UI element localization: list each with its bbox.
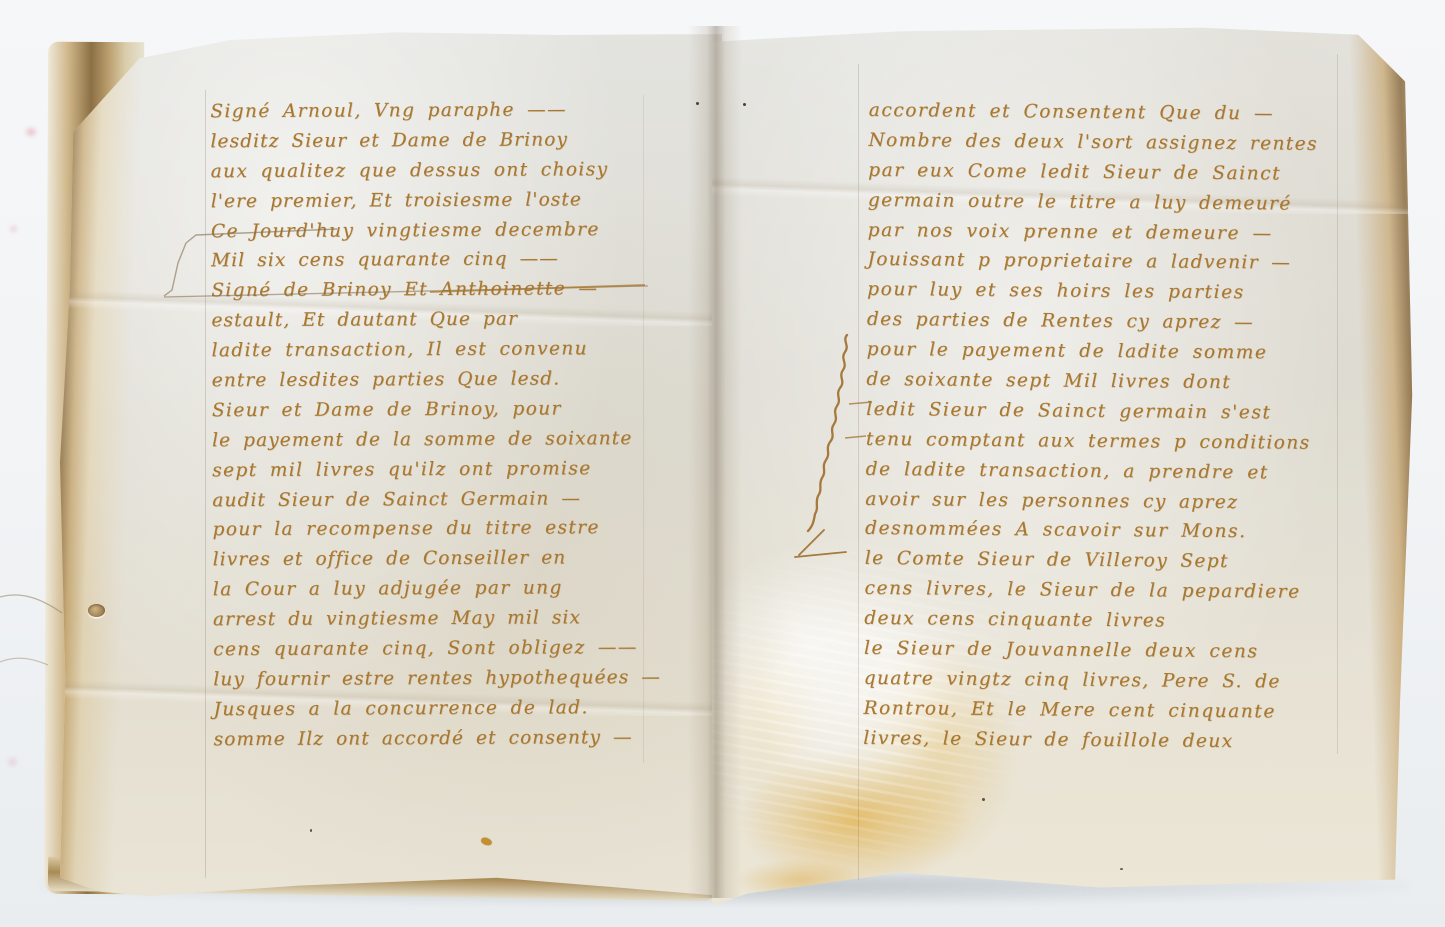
marginalia-overlay xyxy=(0,0,1445,927)
thread-mark xyxy=(0,595,62,613)
margin-brace-tick xyxy=(845,402,872,438)
thread-mark xyxy=(0,658,48,665)
margin-brace-foot xyxy=(795,530,846,557)
ink-speck xyxy=(743,103,746,106)
ink-speck xyxy=(982,798,985,801)
ink-speck xyxy=(696,102,699,105)
pencil-bracket-mark xyxy=(164,229,337,296)
vellum-hole xyxy=(88,604,105,617)
ink-speck xyxy=(1120,868,1123,870)
ink-rule xyxy=(430,285,645,292)
margin-brace-mark xyxy=(808,335,847,531)
ink-speck xyxy=(310,829,312,832)
manuscript-photo: Signé Arnoul, Vng paraphe ——lesditz Sieu… xyxy=(0,0,1445,927)
